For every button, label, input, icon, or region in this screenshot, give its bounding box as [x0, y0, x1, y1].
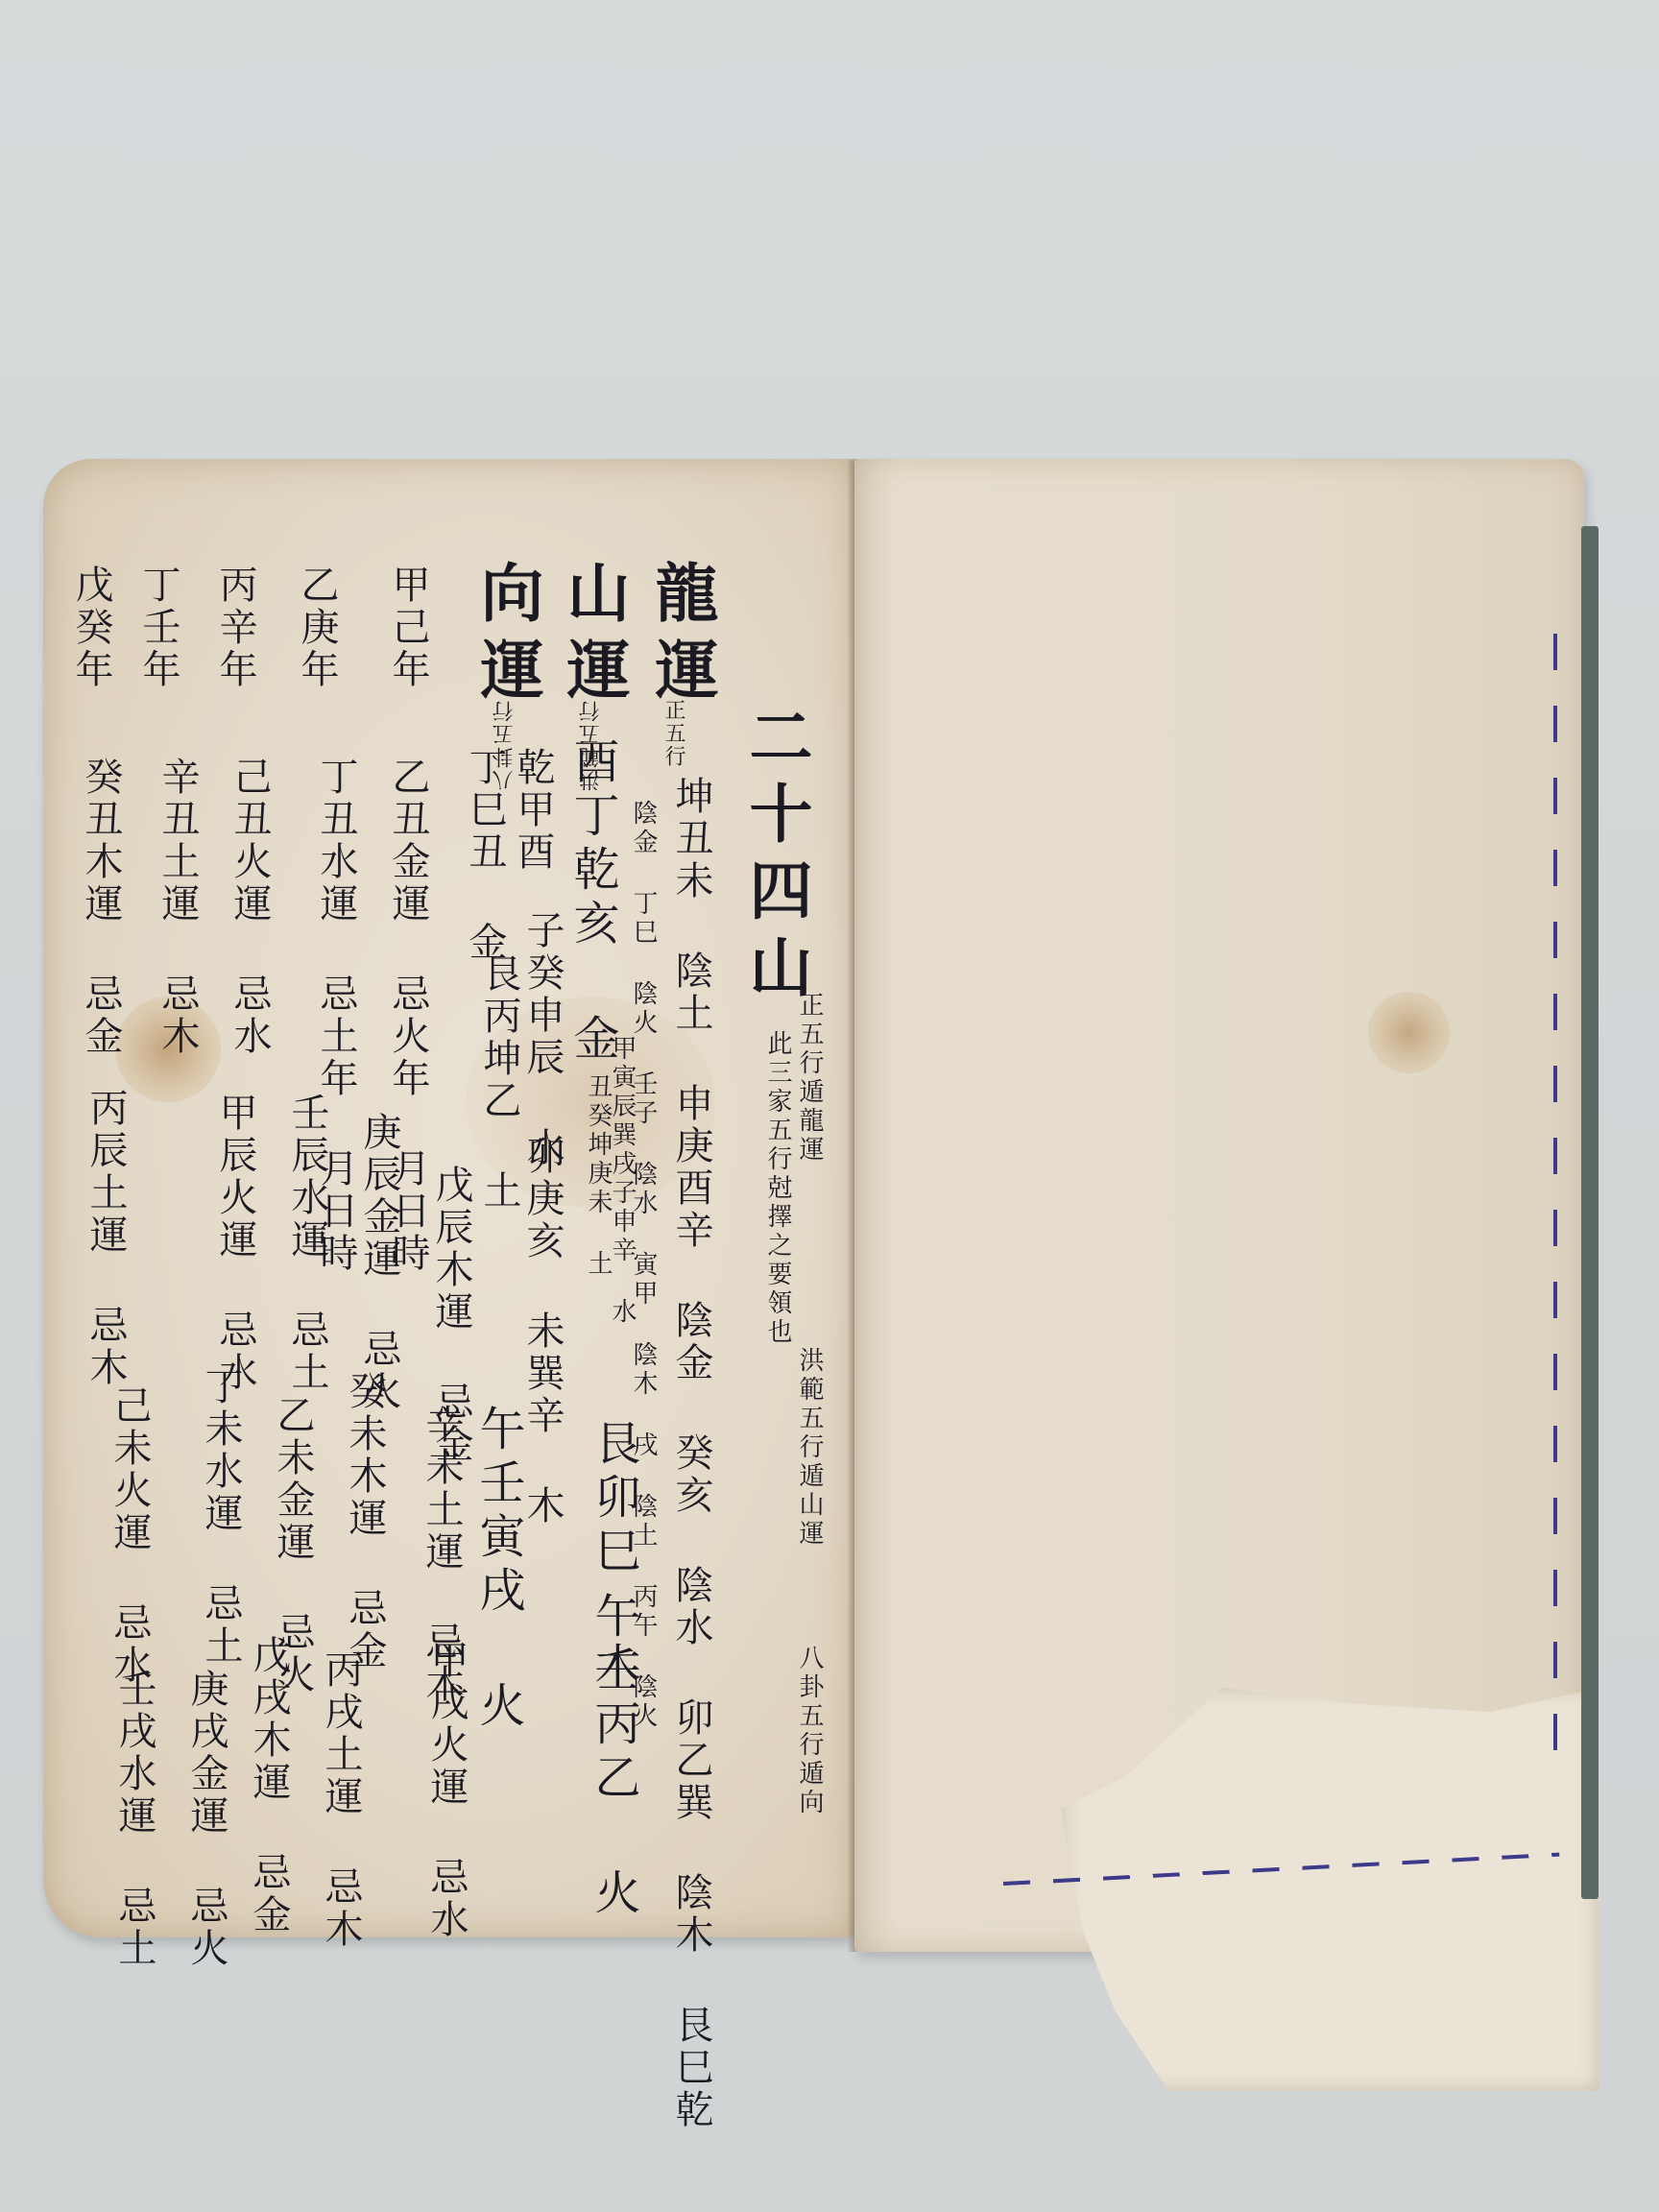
bagua-col3: 子癸申辰 水: [523, 910, 562, 1169]
run-yi-geng-4: 丙戌土運 忌木: [322, 1649, 360, 1951]
hongfan-col2: 甲寅辰巽戌子申辛 水: [610, 1035, 635, 1327]
bagua-col5: 卯庚亥 未巽辛 木: [523, 1136, 562, 1527]
year-group-bing-xin: 丙辛年: [216, 565, 254, 691]
note-bagua-dun-xiang: 八卦五行遁向: [797, 1645, 822, 1817]
note-hongfan-dun-shan: 洪範五行遁山運: [797, 1347, 822, 1549]
year-group-jia-ji: 甲己年: [389, 565, 427, 691]
run-jia-ji-4: 甲戌火運 忌水: [427, 1640, 466, 1941]
bagua-col2: 丁巳丑 金: [466, 747, 504, 964]
page-title: 二十四山: [744, 704, 807, 1011]
heading-xiang-yun: 向運: [475, 560, 539, 713]
year-group-wu-gui: 戊癸年: [72, 565, 110, 691]
heading-long-yun-sub: 正五行: [662, 699, 684, 768]
run-yi-geng-2: 庚辰金運 忌火: [360, 1112, 398, 1413]
zheng-wuxing-col1: 坤丑未 陰土 申庚酉辛 陰金 癸亥 陰水 卯乙巽 陰木 艮巳乾: [672, 776, 710, 2131]
run-ding-ren-4: 庚戌金運 忌火: [187, 1669, 226, 1970]
run-bing-xin-2: 壬辰水運 忌土: [288, 1093, 326, 1394]
run-wu-gui-4: 壬戌水運 忌土: [115, 1669, 154, 1970]
note-zheng-dun-long: 正五行遁龍運: [797, 992, 822, 1165]
hongfan-col1: 酉丁乾亥 金: [569, 737, 615, 1068]
run-bing-xin-4: 戊戌木運 忌金: [250, 1635, 288, 1936]
run-wu-gui-2: 丙辰土運 忌木: [86, 1088, 125, 1389]
hongfan-col5: 午壬丙乙 火: [590, 1592, 637, 1922]
heading-shan-yun: 山運: [562, 560, 625, 713]
run-yi-geng-3: 癸未木運 忌金: [346, 1371, 384, 1672]
hongfan-col3: 丑癸坤庚未 土: [586, 1073, 611, 1279]
open-book: 二十四山 正五行遁龍運 此三家五行尅擇之要領也 洪範五行遁山運 八卦五行遁向 坤…: [43, 459, 1599, 1952]
note-san-jia: 此三家五行尅擇之要領也: [765, 1030, 790, 1347]
bagua-col6: 午壬寅戌 火: [475, 1405, 521, 1735]
bagua-col1: 乾甲酉: [514, 747, 552, 874]
run-bing-xin-1: 己丑火運 忌水: [230, 757, 269, 1058]
year-group-yi-geng: 乙庚年: [298, 565, 336, 691]
heading-long-yun: 龍運: [650, 560, 713, 713]
run-ding-ren-2: 甲辰火運 忌水: [216, 1093, 254, 1394]
year-group-ding-ren: 丁壬年: [139, 565, 178, 691]
run-ding-ren-1: 辛丑土運 忌木: [158, 757, 197, 1058]
run-wu-gui-3: 己未火運 忌水: [110, 1385, 149, 1687]
water-stain: [1368, 992, 1450, 1073]
bagua-col4: 艮丙坤乙 土: [480, 953, 518, 1213]
run-ding-ren-3: 丁未水運 忌土: [202, 1366, 240, 1668]
book-spine: [1581, 526, 1599, 1899]
stitching-vertical: [1553, 634, 1557, 1767]
left-page: 二十四山 正五行遁龍運 此三家五行尅擇之要領也 洪範五行遁山運 八卦五行遁向 坤…: [43, 459, 854, 1937]
run-wu-gui-1: 癸丑木運 忌金: [82, 757, 120, 1058]
